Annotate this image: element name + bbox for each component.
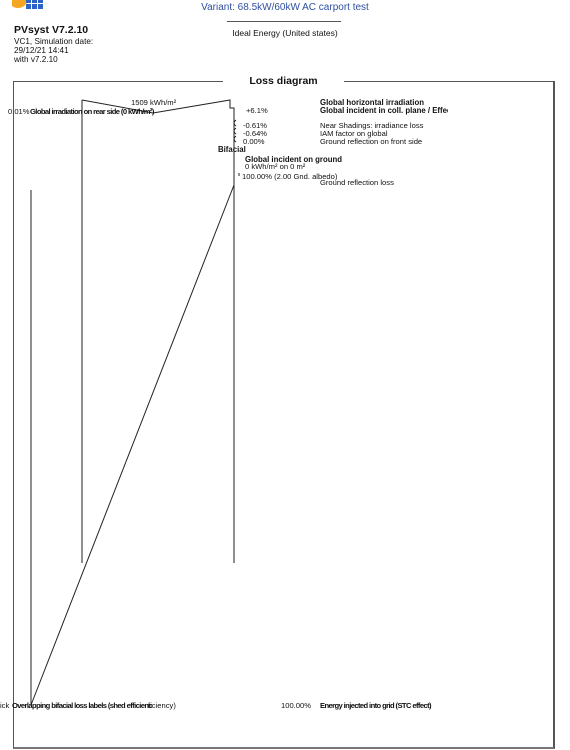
ground-reflection-loss: Ground reflection loss — [320, 178, 394, 187]
bottom-left-suffix: ficiency) — [148, 701, 176, 710]
bottom-left-prefix: ick — [0, 701, 9, 710]
top-irradiation-value: 1509 kWh/m² — [131, 98, 176, 107]
step-label-ground-front: Ground reflection on front side — [320, 137, 422, 146]
ground-incident-sub: 0 kWh/m² on 0 m² — [245, 162, 305, 171]
bifacial-label: Bifacial — [218, 145, 246, 154]
left-overlap-percent: 0.01% — [8, 107, 30, 116]
step-value-ground-front: 0.00% — [243, 137, 265, 146]
step-value-1: +6.1% — [246, 106, 268, 115]
step-label-effective: Global incident in coll. plane / Effecti… — [320, 106, 448, 115]
bottom-right-overlap-labels: Energy injected into grid (STC effect) — [320, 701, 460, 710]
bottom-right-value: 100.00% — [281, 701, 311, 710]
bottom-left-overlap-labels: Overlapping bifacial loss labels (shed e… — [12, 701, 152, 710]
left-overlap-labels: Global irradiation on rear side (0 kWh/m… — [30, 107, 190, 116]
